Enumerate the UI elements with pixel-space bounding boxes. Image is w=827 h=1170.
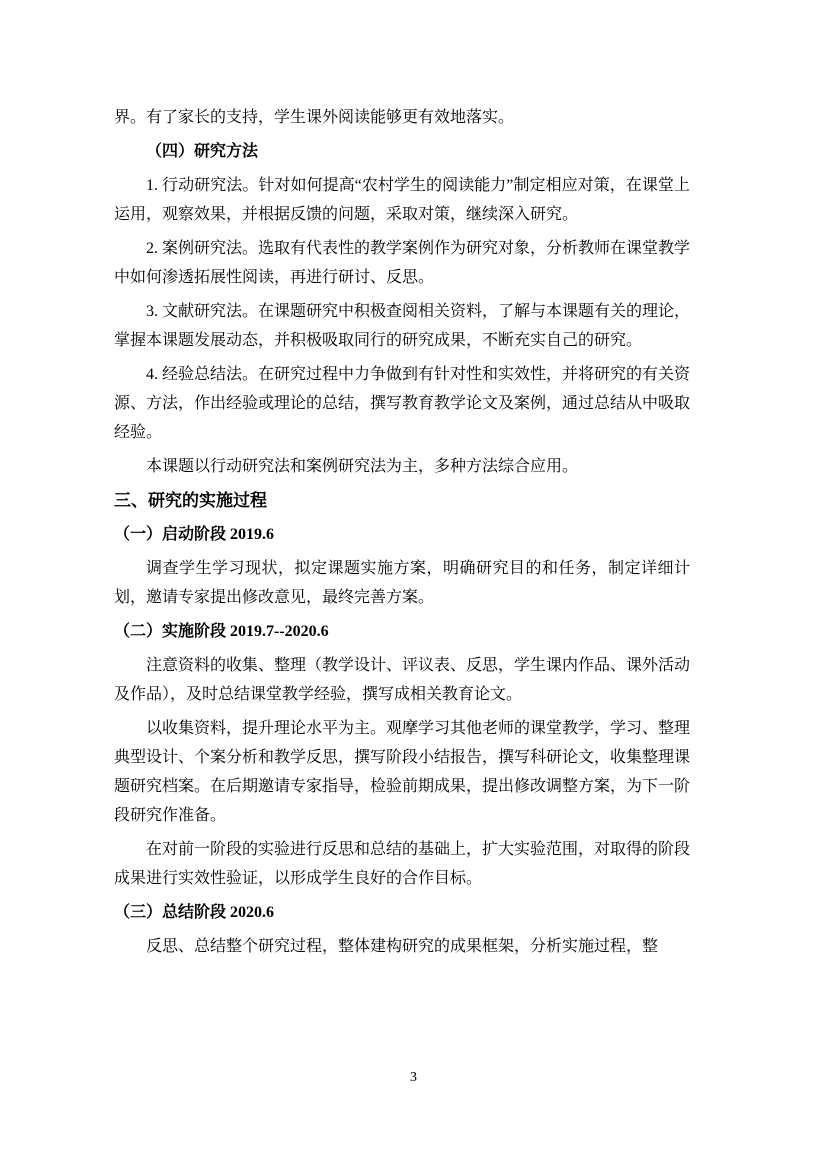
paragraph-stage-2-detail-1: 注意资料的收集、整理（教学设计、评议表、反思，学生课内作品、课外活动及作品），及… <box>114 651 690 709</box>
paragraph-stage-3-detail: 反思、总结整个研究过程，整体建构研究的成果框架，分析实施过程，整 <box>114 932 690 961</box>
paragraph-methods-summary: 本课题以行动研究法和案例研究法为主，多种方法综合应用。 <box>114 452 690 481</box>
page-number: 3 <box>0 1070 827 1086</box>
paragraph-method-1-action-research: 1. 行动研究法。针对如何提高“农村学生的阅读能力”制定相应对策，在课堂上运用，… <box>114 171 690 229</box>
section-title-implementation-process: 三、研究的实施过程 <box>114 486 690 515</box>
paragraph-method-3-literature: 3. 文献研究法。在课题研究中积极查阅相关资料，了解与本课题有关的理论，掌握本课… <box>114 297 690 355</box>
paragraph-stage-2-detail-3: 在对前一阶段的实验进行反思和总结的基础上，扩大实验范围，对取得的阶段成果进行实效… <box>114 835 690 893</box>
paragraph-method-4-experience-summary: 4. 经验总结法。在研究过程中力争做到有针对性和实效性，并将研究的有关资源、方法… <box>114 360 690 447</box>
subheading-stage-1-startup: （一）启动阶段 2019.6 <box>114 520 690 549</box>
document-page: 界。有了家长的支持，学生课外阅读能够更有效地落实。 （四）研究方法 1. 行动研… <box>0 0 827 1170</box>
paragraph-method-2-case-study: 2. 案例研究法。选取有代表性的教学案例作为研究对象，分析教师在课堂教学中如何渗… <box>114 234 690 292</box>
heading-research-methods: （四）研究方法 <box>114 137 690 166</box>
paragraph-stage-2-detail-2: 以收集资料，提升理论水平为主。观摩学习其他老师的课堂教学，学习、整理典型设计、个… <box>114 714 690 830</box>
subheading-stage-3-summary: （三）总结阶段 2020.6 <box>114 898 690 927</box>
document-body: 界。有了家长的支持，学生课外阅读能够更有效地落实。 （四）研究方法 1. 行动研… <box>114 103 690 966</box>
subheading-stage-2-implementation: （二）实施阶段 2019.7--2020.6 <box>114 617 690 646</box>
paragraph-continuation: 界。有了家长的支持，学生课外阅读能够更有效地落实。 <box>114 103 690 132</box>
paragraph-stage-1-detail: 调查学生学习现状，拟定课题实施方案，明确研究目的和任务，制定详细计划，邀请专家提… <box>114 554 690 612</box>
